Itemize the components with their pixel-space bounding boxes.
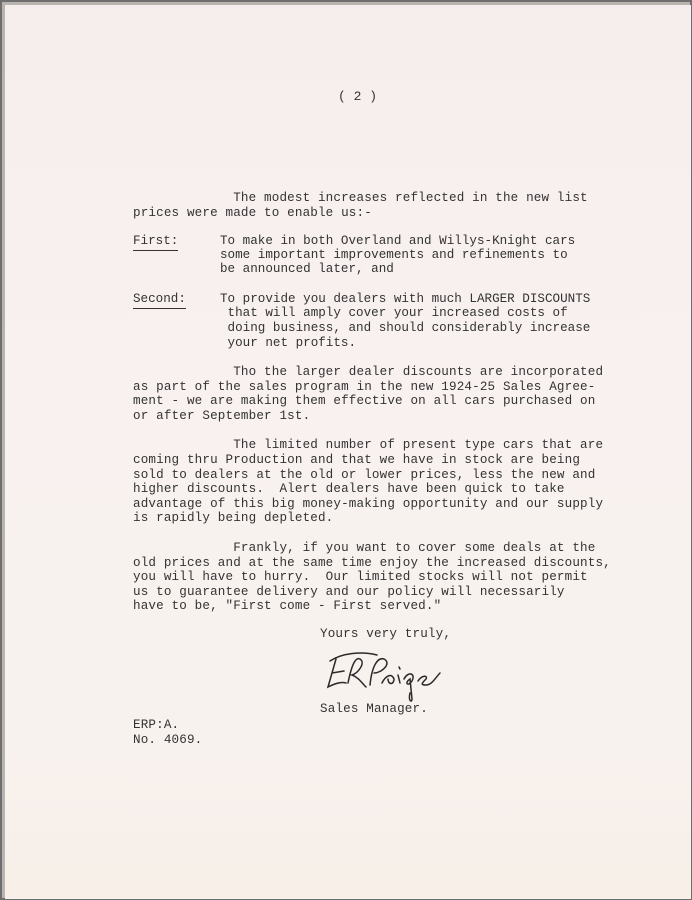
paragraph-2-line-1: The limited number of present type cars … <box>133 438 603 453</box>
paragraph-2-line-3: sold to dealers at the old or lower pric… <box>133 468 595 483</box>
paragraph-1-line-3: ment - we are making them effective on a… <box>133 394 595 409</box>
paragraph-2-line-4: higher discounts. Alert dealers have bee… <box>133 482 565 497</box>
handwritten-signature: E.R. Paige <box>322 643 452 703</box>
paragraph-3-line-2: old prices and at the same time enjoy th… <box>133 556 611 571</box>
closing: Yours very truly, <box>320 627 451 642</box>
paragraph-1-line-1: Tho the larger dealer discounts are inco… <box>133 365 603 380</box>
point-first-line-3: be announced later, and <box>220 262 394 277</box>
intro-line-1: The modest increases reflected in the ne… <box>133 191 588 206</box>
paragraph-2-line-6: is rapidly being depleted. <box>133 511 333 526</box>
point-second-line-3: doing business, and should considerably … <box>220 321 590 336</box>
paragraph-3-line-4: us to guarantee delivery and our policy … <box>133 585 565 600</box>
page-number: ( 2 ) <box>338 89 377 104</box>
point-first-line-1: To make in both Overland and Willys-Knig… <box>220 234 575 249</box>
point-second-line-1: To provide you dealers with much LARGER … <box>220 292 590 307</box>
paragraph-3-line-5: have to be, "First come - First served." <box>133 599 441 614</box>
point-second-label-text: Second: <box>133 292 186 309</box>
paragraph-1-line-2: as part of the sales program in the new … <box>133 380 595 395</box>
point-second-line-4: your net profits. <box>220 336 356 351</box>
point-first-label: First: <box>133 234 178 248</box>
reference-initials: ERP:A. <box>133 718 179 733</box>
reference-number: No. 4069. <box>133 733 202 748</box>
point-first-label-text: First: <box>133 234 178 251</box>
paragraph-2-line-2: coming thru Production and that we have … <box>133 453 580 468</box>
paragraph-3-line-3: you will have to hurry. Our limited stoc… <box>133 570 588 585</box>
intro-line-2: prices were made to enable us:- <box>133 206 372 221</box>
paragraph-1-line-4: or after September 1st. <box>133 409 310 424</box>
point-second-line-2: that will amply cover your increased cos… <box>220 306 568 321</box>
paragraph-3-line-1: Frankly, if you want to cover some deals… <box>133 541 595 556</box>
point-second-label: Second: <box>133 292 186 306</box>
paragraph-2-line-5: advantage of this big money-making oppor… <box>133 497 603 512</box>
point-first-line-2: some important improvements and refineme… <box>220 248 568 263</box>
signer-title: Sales Manager. <box>320 702 428 717</box>
